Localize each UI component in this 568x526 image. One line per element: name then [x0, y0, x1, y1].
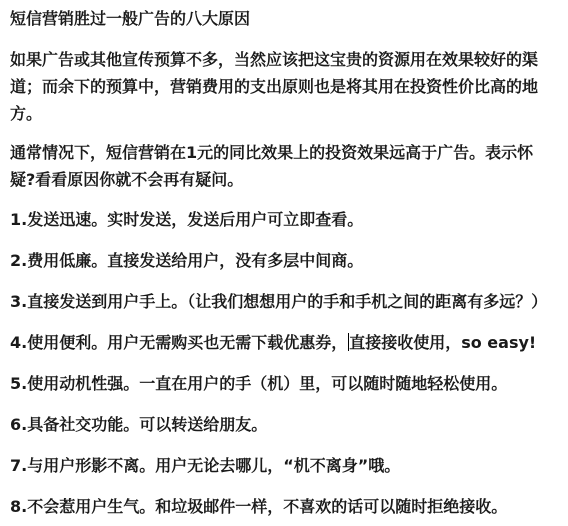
- reason-item-7: 7.与用户形影不离。用户无论去哪儿，“机不离身”哦。: [10, 455, 558, 477]
- document-body: 短信营销胜过一般广告的八大原因 如果广告或其他宣传预算不多，当然应该把这宝贵的资…: [0, 0, 568, 518]
- summary-paragraph: 通常情况下，短信营销在1元的同比效果上的投资效果远高于广告。表示怀疑?看看原因你…: [10, 139, 558, 193]
- reason-item-1: 1.发送迅速。实时发送，发送后用户可立即查看。: [10, 209, 558, 231]
- reason-item-8: 8.不会惹用户生气。和垃圾邮件一样，不喜欢的话可以随时拒绝接收。: [10, 496, 558, 518]
- reason-item-4-text-end: 直接接收使用，so easy!: [349, 333, 536, 352]
- reason-item-4-text-start: 4.使用便利。用户无需购买也无需下载优惠券，: [10, 333, 347, 352]
- intro-paragraph: 如果广告或其他宣传预算不多，当然应该把这宝贵的资源用在效果较好的渠道；而余下的预…: [10, 46, 558, 127]
- reason-item-6: 6.具备社交功能。可以转送给朋友。: [10, 414, 558, 436]
- reason-item-3: 3.直接发送到用户手上。（让我们想想用户的手和手机之间的距离有多远？）: [10, 291, 558, 313]
- document-title: 短信营销胜过一般广告的八大原因: [10, 8, 558, 30]
- reason-item-4[interactable]: 4.使用便利。用户无需购买也无需下载优惠券，直接接收使用，so easy!: [10, 332, 558, 354]
- reason-item-2: 2.费用低廉。直接发送给用户，没有多层中间商。: [10, 250, 558, 272]
- reason-item-5: 5.使用动机性强。一直在用户的手（机）里，可以随时随地轻松使用。: [10, 373, 558, 395]
